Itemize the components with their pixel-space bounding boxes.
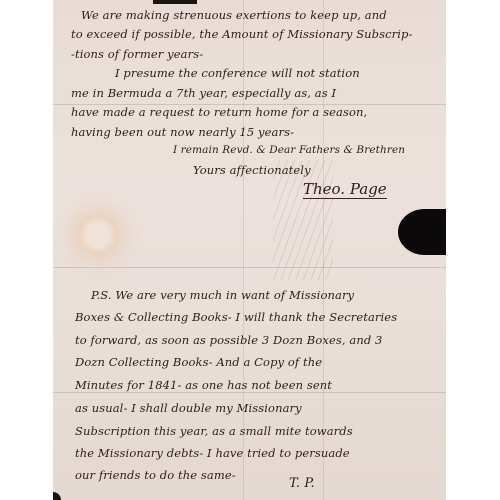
postscript-line: Dozn Collecting Books- And a Copy of the — [75, 355, 322, 369]
postscript-initials: T. P. — [289, 476, 315, 491]
letter-page: We are making strenuous exertions to kee… — [53, 0, 446, 500]
postscript-line: Boxes & Collecting Books- I will thank t… — [75, 310, 397, 324]
postscript-line: our friends to do the same- — [75, 468, 236, 482]
postscript-line: Subscription this year, as a small mite … — [75, 424, 353, 438]
body-line: having been out now nearly 15 years- — [71, 125, 294, 139]
body-line: to exceed if possible, the Amount of Mis… — [71, 27, 413, 41]
body-line: me in Bermuda a 7th year, especially as,… — [71, 86, 336, 100]
closing-line: I remain Revd. & Dear Fathers & Brethren — [173, 144, 405, 156]
closing-line: Yours affectionately — [193, 163, 311, 177]
body-line: have made a request to return home for a… — [71, 105, 367, 119]
bleed-through-ink — [273, 160, 333, 280]
postscript-line: the Missionary debts- I have tried to pe… — [75, 446, 350, 460]
postscript-line: as usual- I shall double my Missionary — [75, 401, 302, 415]
postscript-line: to forward, as soon as possible 3 Dozn B… — [75, 333, 382, 347]
seal-stain — [78, 215, 118, 255]
postscript-line: Minutes for 1841- as one has not been se… — [75, 378, 332, 392]
corner-shadow — [53, 492, 61, 500]
paper-fold-line — [53, 392, 446, 393]
signature: Theo. Page — [303, 180, 387, 199]
body-line: -tions of former years- — [71, 47, 203, 61]
body-line: I presume the conference will not statio… — [115, 66, 360, 80]
black-wax-seal — [398, 209, 446, 255]
postscript-line: P.S. We are very much in want of Mission… — [91, 288, 354, 302]
body-line: We are making strenuous exertions to kee… — [81, 8, 387, 22]
top-dark-tab — [153, 0, 197, 4]
paper-fold-line — [53, 267, 446, 268]
